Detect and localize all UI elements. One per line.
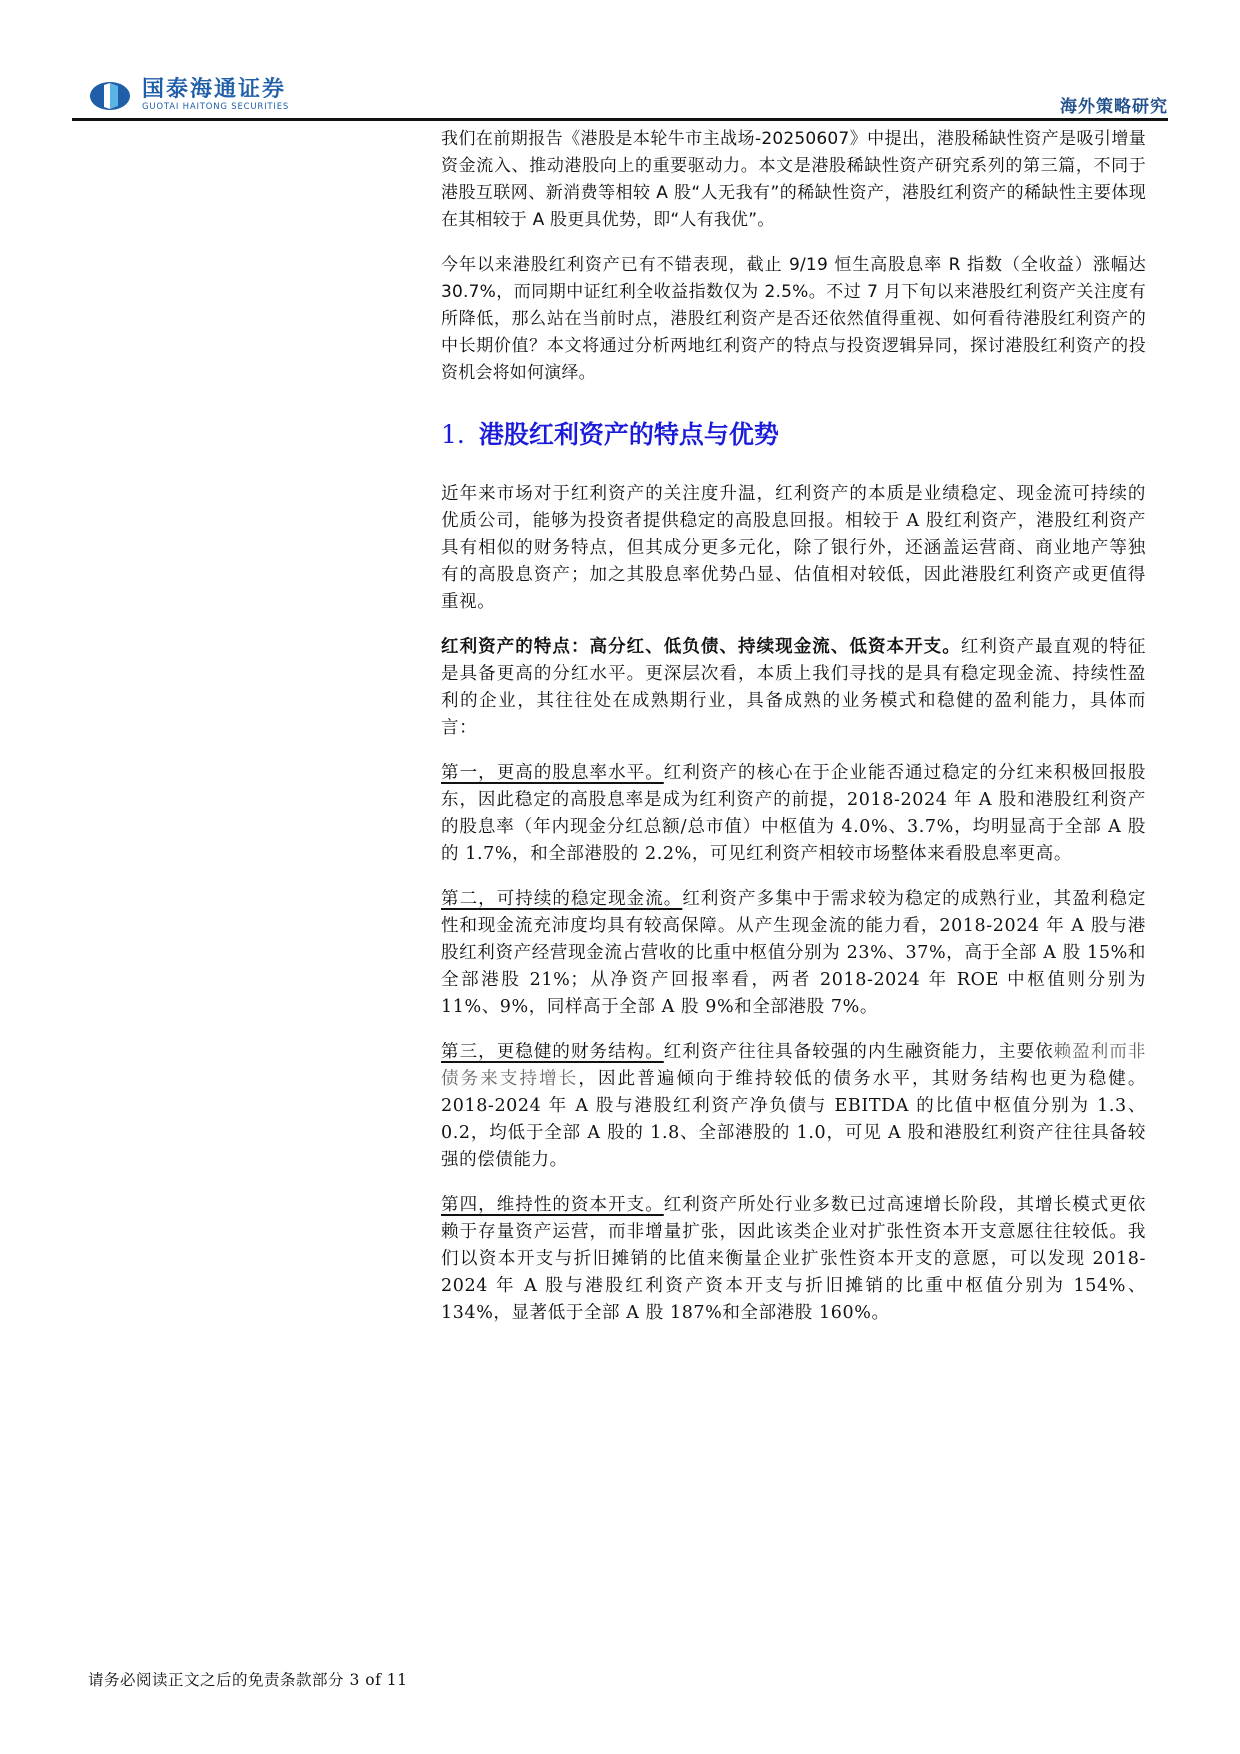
section-paragraph-1: 近年来市场对于红利资产的关注度升温，红利资产的本质是业绩稳定、现金流可持续的优质… <box>441 481 1146 616</box>
features-paragraph: 红利资产的特点：高分红、低负债、持续现金流、低资本开支。红利资产最直观的特征是具… <box>441 634 1146 742</box>
logo-english-name: GUOTAI HAITONG SECURITIES <box>142 102 289 113</box>
point-1-lead: 第一，更高的股息率水平。 <box>441 763 664 783</box>
section-number: 1. <box>441 420 465 449</box>
point-2-lead: 第二，可持续的稳定现金流。 <box>441 889 682 909</box>
intro-paragraph-2: 今年以来港股红利资产已有不错表现，截止 9/19 恒生高股息率 R 指数（全收益… <box>441 252 1146 387</box>
section-title: 港股红利资产的特点与优势 <box>479 420 779 449</box>
point-1: 第一，更高的股息率水平。红利资产的核心在于企业能否通过稳定的分红来积极回报股东，… <box>441 760 1146 868</box>
page-footer: 请务必阅读正文之后的免责条款部分 3 of 11 <box>88 1668 407 1690</box>
point-4: 第四，维持性的资本开支。红利资产所处行业多数已过高速增长阶段，其增长模式更依赖于… <box>441 1192 1146 1327</box>
header-divider <box>72 118 1168 121</box>
report-category: 海外策略研究 <box>1060 92 1168 117</box>
point-2: 第二，可持续的稳定现金流。红利资产多集中于需求较为稳定的成熟行业，其盈利稳定性和… <box>441 886 1146 1021</box>
logo-chinese-name: 国泰海通证券 <box>142 78 289 102</box>
page-header: 国泰海通证券 GUOTAI HAITONG SECURITIES 海外策略研究 <box>88 78 1168 118</box>
report-body: 我们在前期报告《港股是本轮牛市主战场-20250607》中提出，港股稀缺性资产是… <box>441 126 1146 1345</box>
page-number: 3 of 11 <box>349 1671 407 1689</box>
point-3-body-a: 红利资产往往具备较强的内生融资能力，主要依 <box>664 1042 1054 1062</box>
features-lead: 红利资产的特点：高分红、低负债、持续现金流、低资本开支。 <box>441 637 961 657</box>
point-4-lead: 第四，维持性的资本开支。 <box>441 1195 664 1215</box>
intro-paragraph-1: 我们在前期报告《港股是本轮牛市主战场-20250607》中提出，港股稀缺性资产是… <box>441 126 1146 234</box>
disclaimer-text: 请务必阅读正文之后的免责条款部分 <box>88 1671 344 1689</box>
section-heading: 1.港股红利资产的特点与优势 <box>441 415 1146 451</box>
logo-mark-icon <box>88 81 132 111</box>
point-3-lead: 第三，更稳健的财务结构。 <box>441 1042 664 1062</box>
point-3: 第三，更稳健的财务结构。红利资产往往具备较强的内生融资能力，主要依赖盈利而非债务… <box>441 1039 1146 1174</box>
company-logo: 国泰海通证券 GUOTAI HAITONG SECURITIES <box>88 78 289 113</box>
